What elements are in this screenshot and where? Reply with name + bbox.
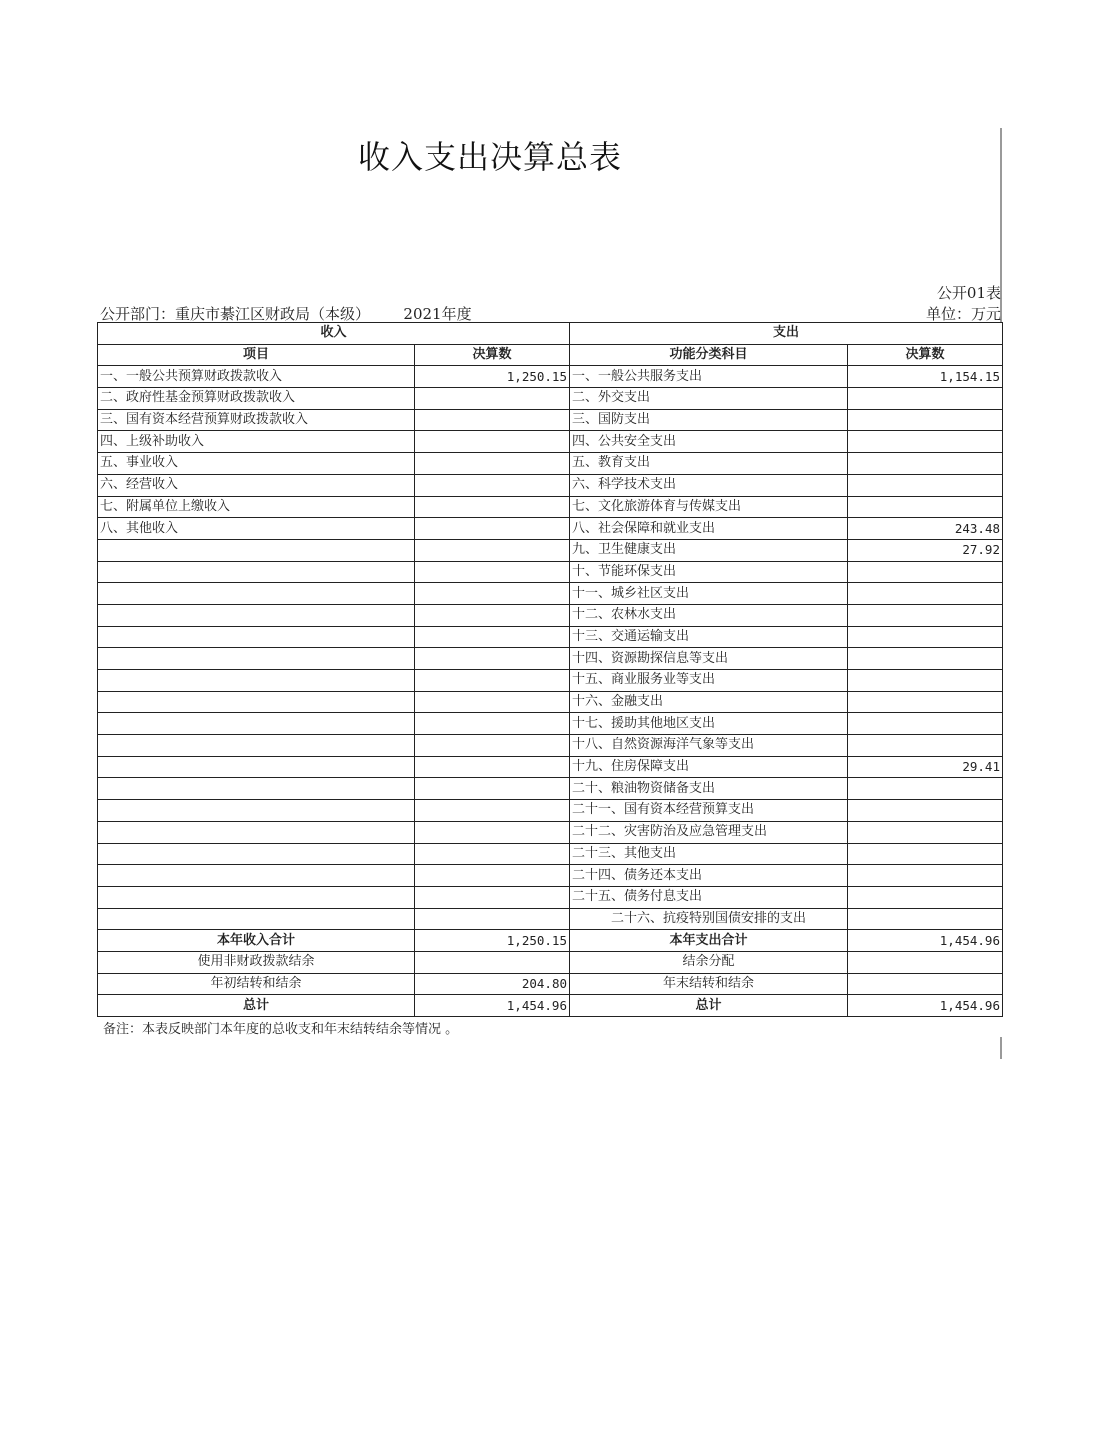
income-item-cell: 七、附属单位上缴收入 — [98, 496, 415, 518]
expense-group-header: 支出 — [570, 323, 1003, 345]
table-row: 二十六、抗疫特别国债安排的支出 — [98, 908, 1003, 930]
expense-amount-cell — [848, 735, 1003, 757]
table-row: 四、上级补助收入四、公共安全支出 — [98, 431, 1003, 453]
expense-summary-label: 结余分配 — [570, 951, 848, 973]
income-amount-cell — [415, 496, 570, 518]
table-row: 五、事业收入五、教育支出 — [98, 453, 1003, 475]
income-item-cell — [98, 670, 415, 692]
expense-item-cell: 八、社会保障和就业支出 — [570, 518, 848, 540]
expense-amount-cell — [848, 453, 1003, 475]
expense-amount-cell — [848, 670, 1003, 692]
income-amount-cell — [415, 648, 570, 670]
income-amount-cell — [415, 561, 570, 583]
department-info: 公开部门：重庆市綦江区财政局（本级） 2021年度 — [100, 303, 472, 324]
income-item-header: 项目 — [98, 344, 415, 366]
fiscal-year: 2021年度 — [403, 305, 471, 323]
table-row: 二十四、债务还本支出 — [98, 865, 1003, 887]
income-item-cell — [98, 821, 415, 843]
expense-amount-cell — [848, 496, 1003, 518]
expense-item-cell: 二十、粮油物资储备支出 — [570, 778, 848, 800]
expense-amount-cell — [848, 626, 1003, 648]
expense-item-cell: 二、外交支出 — [570, 388, 848, 410]
expense-amount-cell — [848, 409, 1003, 431]
expense-amount-cell — [848, 908, 1003, 930]
expense-item-cell: 二十二、灾害防治及应急管理支出 — [570, 821, 848, 843]
table-row: 三、国有资本经营预算财政拨款收入三、国防支出 — [98, 409, 1003, 431]
income-item-cell — [98, 604, 415, 626]
income-amount-cell — [415, 778, 570, 800]
group-header-row: 收入 支出 — [98, 323, 1003, 345]
summary-row: 使用非财政拨款结余结余分配 — [98, 951, 1003, 973]
expense-amount-cell: 27.92 — [848, 539, 1003, 561]
income-item-cell: 一、一般公共预算财政拨款收入 — [98, 366, 415, 388]
expense-amount-cell — [848, 691, 1003, 713]
expense-item-cell: 二十六、抗疫特别国债安排的支出 — [570, 908, 848, 930]
income-amount-cell — [415, 388, 570, 410]
summary-row: 总计1,454.96总计1,454.96 — [98, 995, 1003, 1017]
table-number: 公开01表 — [937, 282, 1001, 303]
table-row: 十六、金融支出 — [98, 691, 1003, 713]
income-item-cell — [98, 583, 415, 605]
table-row: 一、一般公共预算财政拨款收入1,250.15一、一般公共服务支出1,154.15 — [98, 366, 1003, 388]
expense-item-cell: 二十三、其他支出 — [570, 843, 848, 865]
page-title: 收入支出决算总表 — [358, 132, 622, 178]
expense-amount-cell — [848, 388, 1003, 410]
footnote: 备注：本表反映部门本年度的总收支和年末结转结余等情况 。 — [103, 1018, 458, 1037]
income-item-cell — [98, 865, 415, 887]
table-row: 十、节能环保支出 — [98, 561, 1003, 583]
income-amount-cell — [415, 539, 570, 561]
table-summary: 本年收入合计1,250.15本年支出合计1,454.96使用非财政拨款结余结余分… — [98, 930, 1003, 1017]
expense-amount-cell — [848, 604, 1003, 626]
income-item-cell — [98, 843, 415, 865]
summary-row: 本年收入合计1,250.15本年支出合计1,454.96 — [98, 930, 1003, 952]
income-item-cell — [98, 561, 415, 583]
table-row: 二、政府性基金预算财政拨款收入二、外交支出 — [98, 388, 1003, 410]
income-item-cell — [98, 648, 415, 670]
income-amount-cell — [415, 886, 570, 908]
expense-summary-amount — [848, 951, 1003, 973]
expense-item-cell: 十六、金融支出 — [570, 691, 848, 713]
expense-item-cell: 十五、商业服务业等支出 — [570, 670, 848, 692]
expense-amount-header: 决算数 — [848, 344, 1003, 366]
income-summary-label: 使用非财政拨款结余 — [98, 951, 415, 973]
table-row: 八、其他收入八、社会保障和就业支出243.48 — [98, 518, 1003, 540]
table-row: 二十一、国有资本经营预算支出 — [98, 800, 1003, 822]
table-row: 六、经营收入六、科学技术支出 — [98, 474, 1003, 496]
table-row: 二十、粮油物资储备支出 — [98, 778, 1003, 800]
income-amount-cell — [415, 670, 570, 692]
expense-item-cell: 十二、农林水支出 — [570, 604, 848, 626]
expense-item-cell: 六、科学技术支出 — [570, 474, 848, 496]
expense-summary-amount — [848, 973, 1003, 995]
table-row: 十九、住房保障支出29.41 — [98, 756, 1003, 778]
expense-summary-amount: 1,454.96 — [848, 995, 1003, 1017]
expense-amount-cell — [848, 583, 1003, 605]
expense-amount-cell: 1,154.15 — [848, 366, 1003, 388]
expense-amount-cell — [848, 778, 1003, 800]
expense-amount-cell — [848, 800, 1003, 822]
table-row: 十一、城乡社区支出 — [98, 583, 1003, 605]
table-row: 十七、援助其他地区支出 — [98, 713, 1003, 735]
expense-summary-label: 本年支出合计 — [570, 930, 848, 952]
income-summary-amount: 1,250.15 — [415, 930, 570, 952]
expense-summary-amount: 1,454.96 — [848, 930, 1003, 952]
expense-item-cell: 十一、城乡社区支出 — [570, 583, 848, 605]
expense-amount-cell — [848, 713, 1003, 735]
income-item-cell — [98, 691, 415, 713]
income-item-cell: 六、经营收入 — [98, 474, 415, 496]
expense-item-cell: 九、卫生健康支出 — [570, 539, 848, 561]
income-item-cell: 四、上级补助收入 — [98, 431, 415, 453]
expense-item-cell: 十三、交通运输支出 — [570, 626, 848, 648]
expense-item-header: 功能分类科目 — [570, 344, 848, 366]
income-amount-cell — [415, 626, 570, 648]
income-amount-cell — [415, 453, 570, 475]
table-row: 九、卫生健康支出27.92 — [98, 539, 1003, 561]
table-row: 十三、交通运输支出 — [98, 626, 1003, 648]
income-amount-cell — [415, 604, 570, 626]
income-amount-cell — [415, 756, 570, 778]
income-amount-cell: 1,250.15 — [415, 366, 570, 388]
expense-amount-cell — [848, 648, 1003, 670]
expense-item-cell: 七、文化旅游体育与传媒支出 — [570, 496, 848, 518]
table-row: 二十五、债务付息支出 — [98, 886, 1003, 908]
income-item-cell — [98, 908, 415, 930]
table-row: 十五、商业服务业等支出 — [98, 670, 1003, 692]
expense-amount-cell — [848, 886, 1003, 908]
expense-item-cell: 十四、资源勘探信息等支出 — [570, 648, 848, 670]
table-row: 二十二、灾害防治及应急管理支出 — [98, 821, 1003, 843]
expense-summary-label: 年末结转和结余 — [570, 973, 848, 995]
income-amount-cell — [415, 691, 570, 713]
income-amount-cell — [415, 518, 570, 540]
income-amount-cell — [415, 713, 570, 735]
column-header-row: 项目 决算数 功能分类科目 决算数 — [98, 344, 1003, 366]
income-summary-amount — [415, 951, 570, 973]
income-expense-table: 收入 支出 项目 决算数 功能分类科目 决算数 一、一般公共预算财政拨款收入1,… — [97, 322, 1003, 1017]
expense-item-cell: 十七、援助其他地区支出 — [570, 713, 848, 735]
income-item-cell: 八、其他收入 — [98, 518, 415, 540]
expense-item-cell: 十八、自然资源海洋气象等支出 — [570, 735, 848, 757]
expense-amount-cell — [848, 431, 1003, 453]
income-item-cell — [98, 800, 415, 822]
table-body: 一、一般公共预算财政拨款收入1,250.15一、一般公共服务支出1,154.15… — [98, 366, 1003, 930]
income-summary-label: 本年收入合计 — [98, 930, 415, 952]
income-item-cell: 三、国有资本经营预算财政拨款收入 — [98, 409, 415, 431]
income-item-cell — [98, 778, 415, 800]
expense-summary-label: 总计 — [570, 995, 848, 1017]
expense-item-cell: 五、教育支出 — [570, 453, 848, 475]
income-item-cell: 五、事业收入 — [98, 453, 415, 475]
summary-row: 年初结转和结余204.80年末结转和结余 — [98, 973, 1003, 995]
expense-amount-cell: 29.41 — [848, 756, 1003, 778]
income-amount-cell — [415, 409, 570, 431]
income-summary-label: 总计 — [98, 995, 415, 1017]
income-summary-amount: 1,454.96 — [415, 995, 570, 1017]
expense-amount-cell — [848, 821, 1003, 843]
table-row: 十二、农林水支出 — [98, 604, 1003, 626]
table-row: 十八、自然资源海洋气象等支出 — [98, 735, 1003, 757]
income-amount-cell — [415, 908, 570, 930]
income-item-cell — [98, 886, 415, 908]
income-summary-amount: 204.80 — [415, 973, 570, 995]
expense-amount-cell — [848, 474, 1003, 496]
expense-item-cell: 三、国防支出 — [570, 409, 848, 431]
unit-label: 单位：万元 — [926, 303, 1001, 324]
expense-amount-cell — [848, 865, 1003, 887]
expense-item-cell: 二十五、债务付息支出 — [570, 886, 848, 908]
income-amount-cell — [415, 821, 570, 843]
expense-amount-cell — [848, 843, 1003, 865]
expense-amount-cell — [848, 561, 1003, 583]
income-amount-cell — [415, 474, 570, 496]
income-item-cell: 二、政府性基金预算财政拨款收入 — [98, 388, 415, 410]
income-item-cell — [98, 539, 415, 561]
income-amount-cell — [415, 865, 570, 887]
table-row: 二十三、其他支出 — [98, 843, 1003, 865]
expense-item-cell: 四、公共安全支出 — [570, 431, 848, 453]
table-row: 十四、资源勘探信息等支出 — [98, 648, 1003, 670]
income-amount-cell — [415, 735, 570, 757]
income-amount-cell — [415, 431, 570, 453]
expense-item-cell: 二十一、国有资本经营预算支出 — [570, 800, 848, 822]
income-item-cell — [98, 756, 415, 778]
expense-item-cell: 十九、住房保障支出 — [570, 756, 848, 778]
income-item-cell — [98, 713, 415, 735]
expense-item-cell: 一、一般公共服务支出 — [570, 366, 848, 388]
department-label: 公开部门：重庆市綦江区财政局（本级） — [100, 305, 370, 323]
income-summary-label: 年初结转和结余 — [98, 973, 415, 995]
expense-amount-cell: 243.48 — [848, 518, 1003, 540]
income-item-cell — [98, 626, 415, 648]
income-amount-cell — [415, 843, 570, 865]
table-row: 七、附属单位上缴收入七、文化旅游体育与传媒支出 — [98, 496, 1003, 518]
income-amount-header: 决算数 — [415, 344, 570, 366]
income-item-cell — [98, 735, 415, 757]
expense-item-cell: 十、节能环保支出 — [570, 561, 848, 583]
page-edge-marker — [1000, 1037, 1002, 1059]
income-group-header: 收入 — [98, 323, 570, 345]
income-amount-cell — [415, 583, 570, 605]
expense-item-cell: 二十四、债务还本支出 — [570, 865, 848, 887]
income-amount-cell — [415, 800, 570, 822]
